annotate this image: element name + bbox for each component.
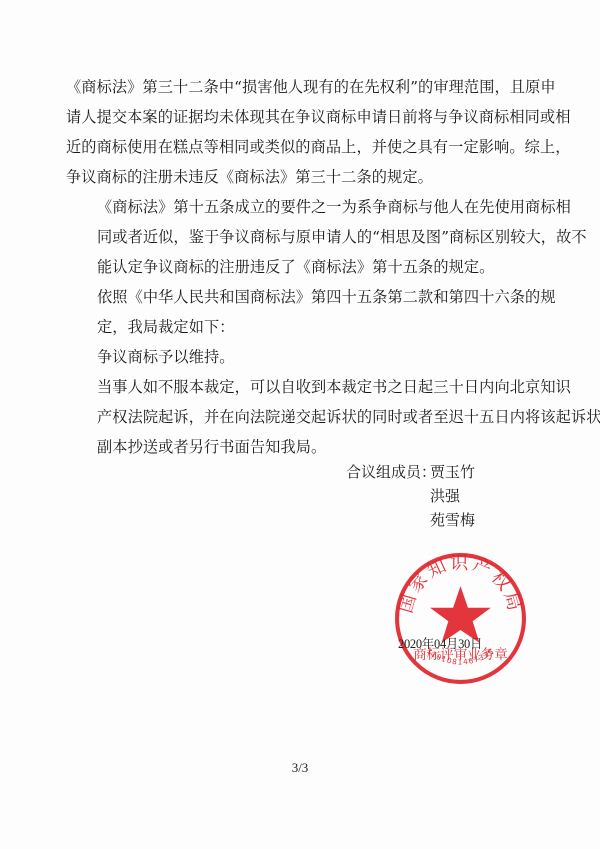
text-line: 争议商标予以维持。 [66,342,536,372]
panel-label: 合议组成员： [346,460,430,532]
panel-members: 贾玉竹 洪强 苑雪梅 [430,460,475,532]
paragraph-appeal-notice: 当事人如不服本裁定，可以自收到本裁定书之日起三十日内向北京知识 产权法院起诉，并… [66,372,536,462]
text-line: 当事人如不服本裁定，可以自收到本裁定书之日起三十日内向北京知识 [66,372,536,402]
text-line: 《商标法》第十五条成立的要件之一为系争商标与他人在先使用商标相 [66,192,536,222]
text-line: 同或者近似，鉴于争议商标与原申请人的“相思及图”商标区别较大，故不 [66,222,536,252]
paragraph-article-15: 《商标法》第十五条成立的要件之一为系争商标与他人在先使用商标相 同或者近似，鉴于… [66,192,536,282]
document-body: 《商标法》第三十二条中“损害他人现有的在先权利”的审理范围，且原申 请人提交本案… [66,72,536,462]
paragraph-ruling: 争议商标予以维持。 [66,342,536,372]
text-line: 争议商标的注册未违反《商标法》第三十二条的规定。 [66,162,536,192]
document-page: 《商标法》第三十二条中“损害他人现有的在先权利”的审理范围，且原申 请人提交本案… [0,0,600,849]
panel-member: 苑雪梅 [430,508,475,532]
text-line: 副本抄送或者另行书面告知我局。 [66,432,536,462]
paragraph-article-32-conclusion: 《商标法》第三十二条中“损害他人现有的在先权利”的审理范围，且原申 请人提交本案… [66,72,536,192]
text-line: 依照《中华人民共和国商标法》第四十五条第二款和第四十六条的规 [66,282,536,312]
text-line: 产权法院起诉，并在向法院递交起诉状的同时或者至迟十五日内将该起诉状 [66,402,536,432]
text-line: 能认定争议商标的注册违反了《商标法》第十五条的规定。 [66,252,536,282]
decision-date: 2020年04月30日 [398,634,482,652]
review-panel: 合议组成员： 贾玉竹 洪强 苑雪梅 [346,460,475,532]
text-line: 定，我局裁定如下： [66,312,536,342]
official-seal: 国家知识产权局 商标评审业务章 1101081467335 [393,551,528,686]
seal-stamp-icon: 国家知识产权局 商标评审业务章 1101081467335 [393,551,528,686]
page-number: 3/3 [0,760,600,776]
text-line: 请人提交本案的证据均未体现其在争议商标申请日前将与争议商标相同或相 [66,102,536,132]
text-line: 近的商标使用在糕点等相同或类似的商品上，并使之具有一定影响。综上， [66,132,536,162]
panel-member: 洪强 [430,484,475,508]
text-line: 《商标法》第三十二条中“损害他人现有的在先权利”的审理范围，且原申 [66,72,536,102]
panel-member: 贾玉竹 [430,460,475,484]
paragraph-legal-basis: 依照《中华人民共和国商标法》第四十五条第二款和第四十六条的规 定，我局裁定如下： [66,282,536,342]
